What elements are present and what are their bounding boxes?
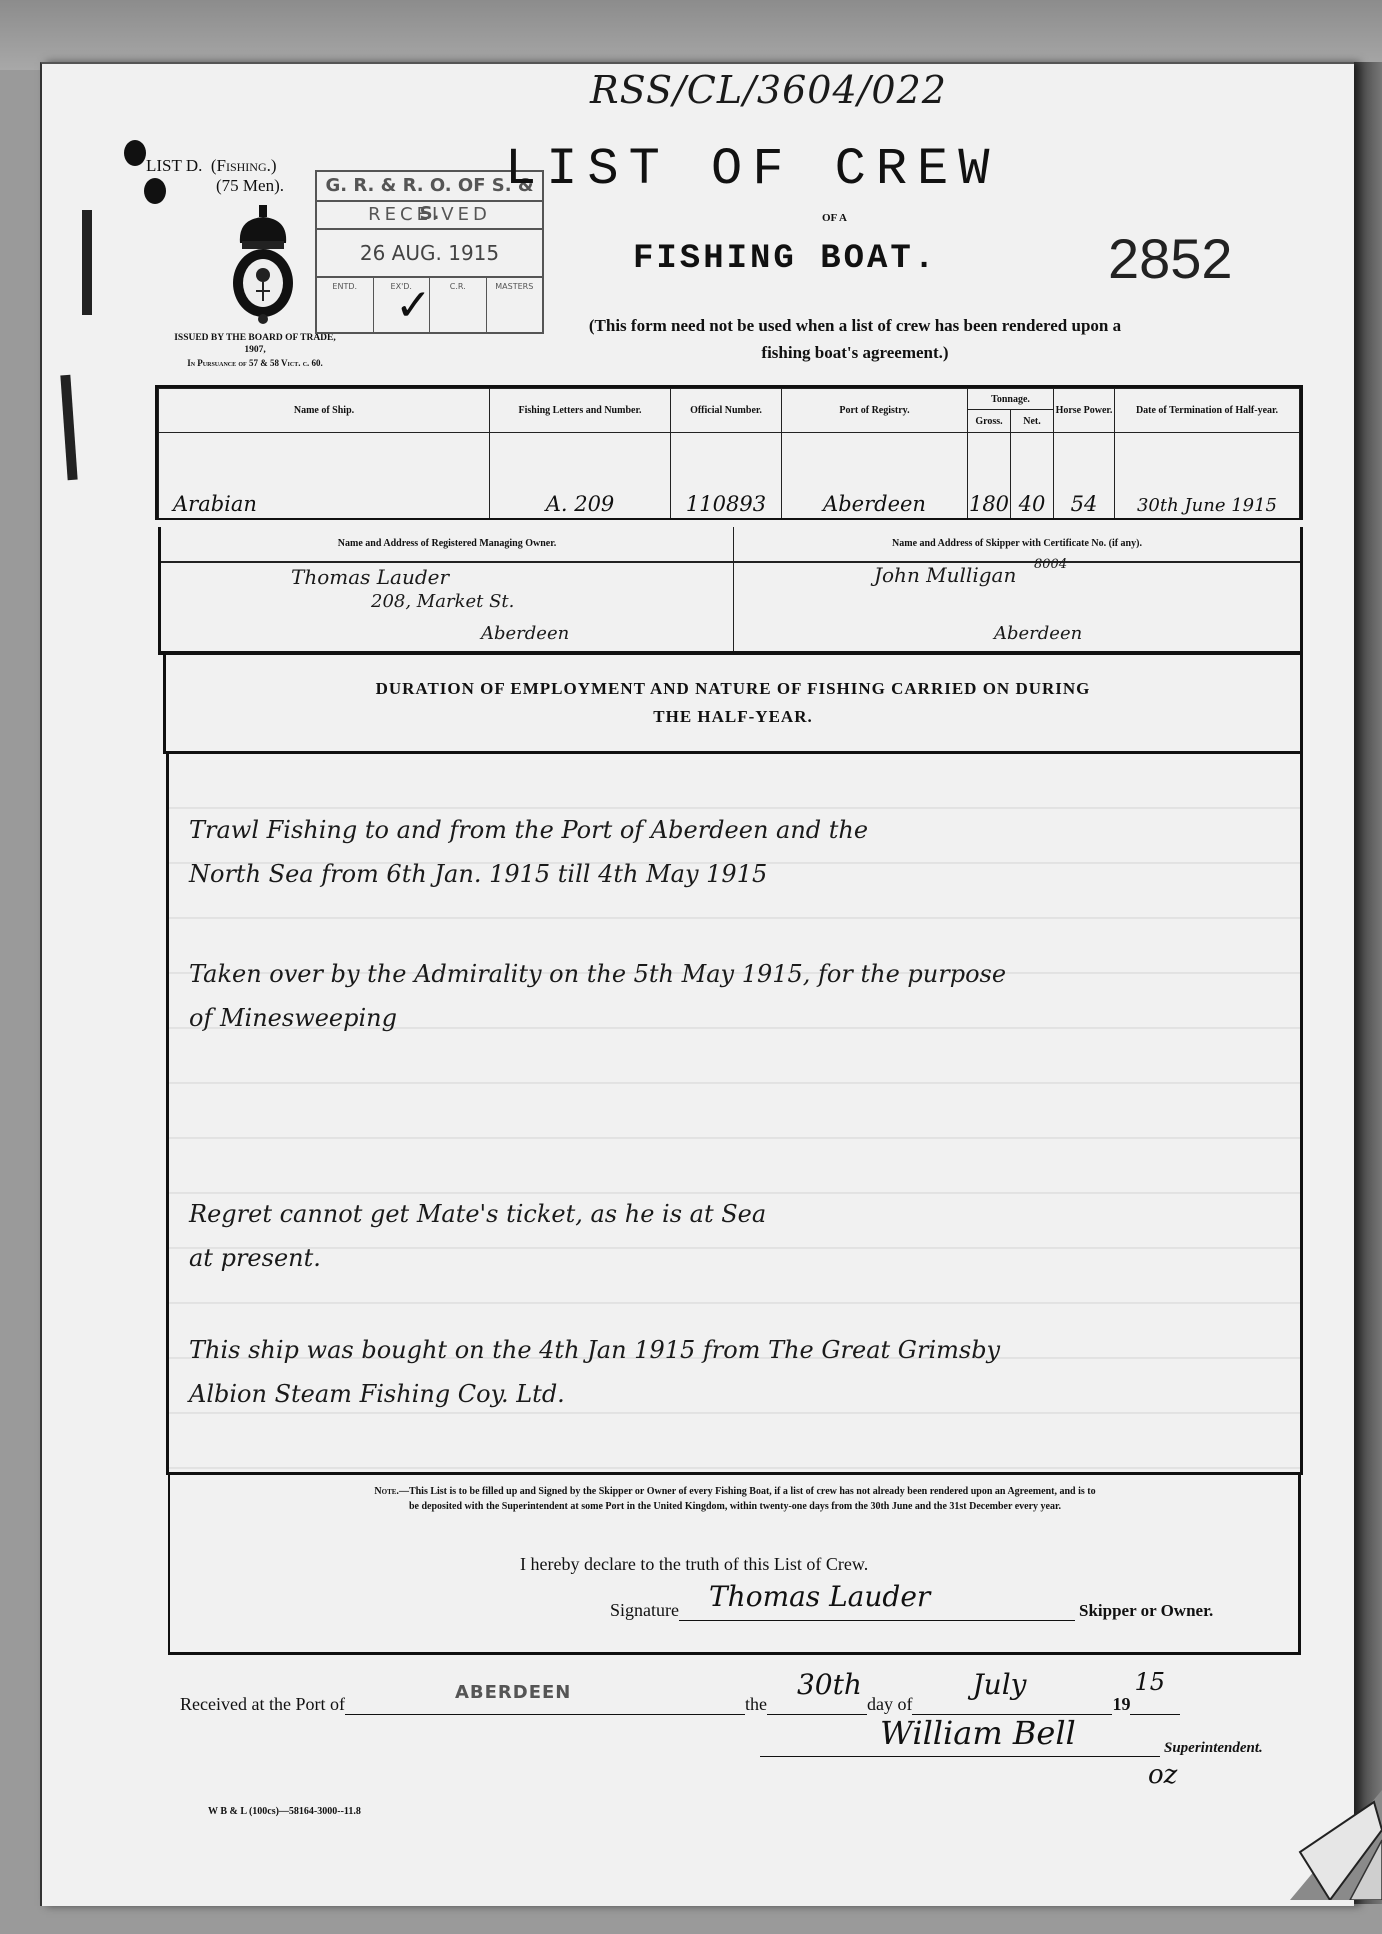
header-fishing-letters: Fishing Letters and Number.: [490, 389, 671, 433]
value-gross: 180: [969, 492, 1009, 518]
receipt-row: Received at the Port of ABERDEEN the 30t…: [180, 1688, 1180, 1715]
header-official-number: Official Number.: [671, 389, 782, 433]
receipt-year-prefix: 19: [1112, 1694, 1130, 1715]
margin-ink-mark: [82, 210, 92, 315]
note-line2: be deposited with the Superintendent at …: [409, 1501, 1061, 1512]
superintendent-label: Superintendent.: [1164, 1740, 1263, 1757]
header-termination-date: Date of Termination of Half-year.: [1115, 389, 1300, 433]
signature-row: Signature Thomas Lauder Skipper or Owner…: [610, 1590, 1213, 1621]
skipper-city: Aberdeen: [994, 623, 1082, 644]
owner-street: 208, Market St.: [371, 591, 514, 612]
note-line: Taken over by the Admirality on the 5th …: [189, 952, 1289, 996]
owner-skipper-section: Name and Address of Registered Managing …: [158, 527, 1303, 655]
duration-title-line1: DURATION OF EMPLOYMENT AND NATURE OF FIS…: [166, 675, 1300, 703]
signature-value: Thomas Lauder: [709, 1580, 930, 1613]
clerk-initials: oz: [1148, 1760, 1177, 1790]
owner-name: Thomas Lauder: [291, 565, 449, 589]
signature-label: Signature: [610, 1600, 679, 1621]
form-usage-note: (This form need not be used when a list …: [440, 312, 1270, 366]
employment-notes-area: Trawl Fishing to and from the Port of Ab…: [166, 754, 1303, 1475]
value-horse-power: 54: [1071, 492, 1098, 518]
duration-title-line2: THE HALF-YEAR.: [166, 703, 1300, 731]
issuer-block: ISSUED BY THE BOARD OF TRADE, 1907,: [140, 332, 370, 356]
title-connector: OF A: [822, 212, 847, 224]
value-fishing-letters: A. 209: [546, 492, 615, 518]
note-line: of Minesweeping: [189, 996, 1289, 1040]
header-name-of-ship: Name of Ship.: [159, 389, 490, 433]
owner-column: Name and Address of Registered Managing …: [161, 527, 734, 651]
owner-city: Aberdeen: [481, 623, 569, 644]
receipt-month: July: [972, 1668, 1026, 1701]
duration-section-header: DURATION OF EMPLOYMENT AND NATURE OF FIS…: [163, 655, 1303, 754]
superintendent-signature-field[interactable]: William Bell: [760, 1722, 1160, 1757]
skipper-name: John Mulligan: [874, 563, 1016, 587]
skipper-column: Name and Address of Skipper with Certifi…: [734, 527, 1300, 651]
archive-reference: RSS/CL/3604/022: [590, 68, 947, 112]
usage-note-line2: fishing boat's agreement.): [440, 339, 1270, 366]
receipt-the-label: the: [745, 1694, 767, 1715]
receipt-year-suffix: 15: [1134, 1668, 1165, 1696]
receipt-label: Received at the Port of: [180, 1694, 345, 1715]
stamp-date: 26 AUG. 1915: [317, 230, 542, 278]
list-category: (Fishing.): [211, 156, 277, 175]
printer-imprint: W B & L (100cs)—58164-3000--11.8: [208, 1806, 361, 1817]
signature-role: Skipper or Owner.: [1079, 1601, 1213, 1621]
superintendent-row: William Bell Superintendent.: [760, 1722, 1263, 1757]
skipper-label: Name and Address of Skipper with Certifi…: [734, 527, 1300, 563]
note-line1: —This List is to be filled up and Signed…: [399, 1486, 1096, 1497]
receipt-day: 30th: [797, 1668, 862, 1701]
port-stamp: ABERDEEN: [455, 1682, 571, 1703]
duration-title: DURATION OF EMPLOYMENT AND NATURE OF FIS…: [166, 675, 1300, 731]
issued-year: 1907,: [140, 344, 370, 356]
board-of-trade-crest-icon: [228, 205, 298, 325]
table-row: Arabian A. 209 110893 Aberdeen 180 40 54…: [159, 433, 1300, 520]
value-port-of-registry: Aberdeen: [823, 492, 926, 518]
folded-corner-icon: [1290, 1790, 1382, 1900]
check-mark-icon: ✓: [395, 280, 432, 331]
note-line: North Sea from 6th Jan. 1915 till 4th Ma…: [189, 852, 1289, 896]
note-line: Regret cannot get Mate's ticket, as he i…: [189, 1192, 1289, 1236]
header-port-of-registry: Port of Registry.: [782, 389, 968, 433]
note-line: Trawl Fishing to and from the Port of Ab…: [189, 808, 1289, 852]
ship-details-table: Name of Ship. Fishing Letters and Number…: [155, 385, 1303, 520]
header-tonnage: Tonnage.: [968, 389, 1054, 410]
note-line: at present.: [189, 1236, 1289, 1280]
list-capacity: (75 Men).: [146, 176, 284, 196]
owner-label: Name and Address of Registered Managing …: [161, 527, 733, 563]
receipt-month-field[interactable]: July: [912, 1688, 1112, 1715]
skipper-certificate: 8004: [1034, 557, 1067, 572]
note-entry: This ship was bought on the 4th Jan 1915…: [189, 1328, 1289, 1416]
value-termination-date: 30th June 1915: [1137, 495, 1277, 518]
note-line: This ship was bought on the 4th Jan 1915…: [189, 1328, 1289, 1372]
declaration-statement: I hereby declare to the truth of this Li…: [520, 1554, 868, 1575]
note-line: Albion Steam Fishing Coy. Ltd.: [189, 1372, 1289, 1416]
background-surface: [0, 0, 1382, 70]
note-entry: Taken over by the Admirality on the 5th …: [189, 952, 1289, 1040]
stamp-col-entd: ENTD.: [317, 278, 374, 334]
punch-hole-icon: [124, 140, 146, 166]
value-name-of-ship: Arabian: [159, 492, 257, 518]
header-net: Net.: [1011, 410, 1054, 433]
note-entry: Trawl Fishing to and from the Port of Ab…: [189, 808, 1289, 896]
form-number: 2852: [1108, 226, 1233, 291]
value-net: 40: [1019, 492, 1046, 518]
usage-note-line1: (This form need not be used when a list …: [440, 312, 1270, 339]
header-gross: Gross.: [968, 410, 1011, 433]
declaration-section: Note.—This List is to be filled up and S…: [168, 1472, 1301, 1655]
superintendent-signature: William Bell: [880, 1714, 1076, 1752]
note-prefix: Note.: [374, 1486, 399, 1497]
page-title: LIST OF CREW: [505, 140, 999, 199]
pursuance-act: In Pursuance of 57 & 58 Vict. c. 60.: [140, 358, 370, 368]
receipt-port-field[interactable]: ABERDEEN: [345, 1688, 745, 1715]
signature-field[interactable]: Thomas Lauder: [679, 1590, 1075, 1621]
receipt-day-of-label: day of: [867, 1694, 912, 1715]
header-horse-power: Horse Power.: [1054, 389, 1115, 433]
list-label: LIST D.: [146, 156, 202, 175]
page-subtitle: FISHING BOAT.: [633, 240, 937, 278]
note-entry: Regret cannot get Mate's ticket, as he i…: [189, 1192, 1289, 1280]
receipt-year-field[interactable]: 15: [1130, 1688, 1180, 1715]
form-identifier: LIST D. (Fishing.) (75 Men).: [146, 156, 284, 196]
filing-instructions: Note.—This List is to be filled up and S…: [190, 1484, 1280, 1514]
receipt-day-field[interactable]: 30th: [767, 1688, 867, 1715]
page-edge-shadow: [1352, 62, 1382, 1904]
value-official-number: 110893: [686, 492, 766, 518]
stamp-status: RECEIVED: [317, 202, 542, 230]
